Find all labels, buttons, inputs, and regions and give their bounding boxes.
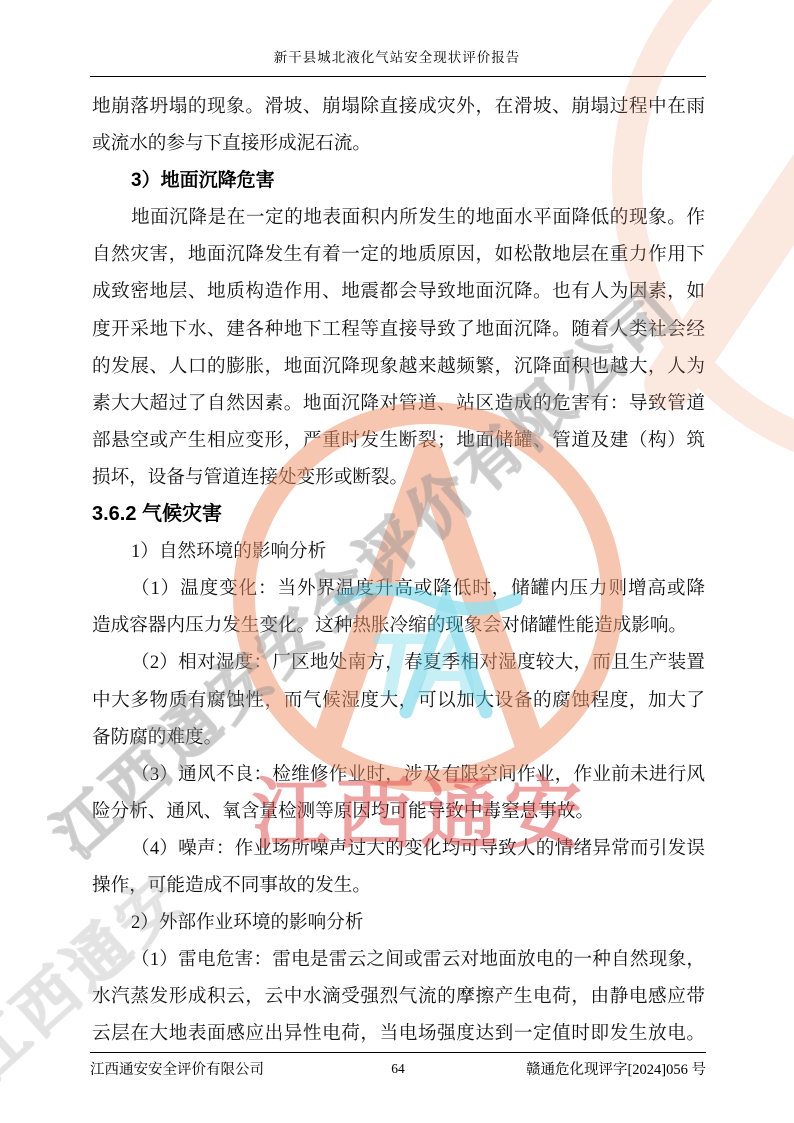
text-line: 2）外部作业环境的影响分析: [92, 904, 705, 941]
text-line: （4）噪声：作业场所噪声过大的变化均可导致人的情绪异常而引发误: [92, 830, 705, 867]
paragraph: （1）温度变化：当外界温度升高或降低时，储罐内压力则增高或降低，造成容器内压力发…: [92, 570, 705, 644]
footer-doc-number: 赣通危化现评字[2024]056 号: [428, 1058, 706, 1079]
text-line: 云层在大地表面感应出异性电荷，当电场强度达到一定值时即发生放电。放: [92, 1015, 705, 1052]
document-page: 新干县城北液化气站安全现状评价报告 地崩落坍塌的现象。滑坡、崩塌除直接成灾外，在…: [0, 0, 794, 1123]
paragraph: （4）噪声：作业场所噪声过大的变化均可导致人的情绪异常而引发误操作，可能造成不同…: [92, 830, 705, 904]
paragraph: （3）通风不良：检维修作业时，涉及有限空间作业，作业前未进行风险分析、通风、氧含…: [92, 756, 705, 830]
section-heading: 3.6.2 气候灾害: [92, 496, 705, 533]
text-line: 险分析、通风、氧含量检测等原因均可能导致中毒窒息事故。: [92, 793, 705, 830]
text-line: 度开采地下水、建各种地下工程等直接导致了地面沉降。随着人类社会经济: [92, 311, 705, 348]
paragraph: （1）雷电危害：雷电是雷云之间或雷云对地面放电的一种自然现象，水汽蒸发形成积云，…: [92, 941, 705, 1052]
paragraph: 1）自然环境的影响分析: [92, 533, 705, 570]
text-line: 的发展、人口的膨胀，地面沉降现象越来越频繁，沉降面积也越大，人为因: [92, 348, 705, 385]
text-line: （1）雷电危害：雷电是雷云之间或雷云对地面放电的一种自然现象，: [92, 941, 705, 978]
text-line: 素大大超过了自然因素。地面沉降对管道、站区造成的危害有：导致管道下: [92, 385, 705, 422]
text-line: 地面沉降是在一定的地表面积内所发生的地面水平面降低的现象。作为: [92, 199, 705, 236]
footer-page-number: 64: [368, 1061, 428, 1077]
paragraph: 地崩落坍塌的现象。滑坡、崩塌除直接成灾外，在滑坡、崩塌过程中在雨水或流水的参与下…: [92, 88, 705, 162]
footer: 江西通安安全评价有限公司 64 赣通危化现评字[2024]056 号: [90, 1058, 706, 1079]
header-title: 新干县城北液化气站安全现状评价报告: [0, 46, 794, 66]
text-line: 部悬空或产生相应变形，严重时发生断裂；地面储罐、管道及建（构）筑物: [92, 422, 705, 459]
text-line: 损坏，设备与管道连接处变形或断裂。: [92, 459, 705, 496]
paragraph: 地面沉降是在一定的地表面积内所发生的地面水平面降低的现象。作为自然灾害，地面沉降…: [92, 199, 705, 496]
text-line: 中大多物质有腐蚀性，而气候湿度大，可以加大设备的腐蚀程度，加大了设: [92, 682, 705, 719]
text-line: 备防腐的难度。: [92, 719, 705, 756]
text-line: （3）通风不良：检维修作业时，涉及有限空间作业，作业前未进行风: [92, 756, 705, 793]
text-line: （2）相对湿度：厂区地处南方，春夏季相对湿度较大，而且生产装置: [92, 644, 705, 681]
footer-company: 江西通安安全评价有限公司: [90, 1058, 368, 1079]
text-line: 造成容器内压力发生变化。这种热胀冷缩的现象会对储罐性能造成影响。: [92, 607, 705, 644]
text-line: 操作，可能造成不同事故的发生。: [92, 867, 705, 904]
document-body: 地崩落坍塌的现象。滑坡、崩塌除直接成灾外，在滑坡、崩塌过程中在雨水或流水的参与下…: [92, 88, 705, 1052]
text-line: 地崩落坍塌的现象。滑坡、崩塌除直接成灾外，在滑坡、崩塌过程中在雨水: [92, 88, 705, 125]
paragraph: （2）相对湿度：厂区地处南方，春夏季相对湿度较大，而且生产装置中大多物质有腐蚀性…: [92, 644, 705, 755]
header-rule: [90, 76, 706, 77]
text-line: 水汽蒸发形成积云，云中水滴受强烈气流的摩擦产生电荷，由静电感应带电: [92, 978, 705, 1015]
text-line: （1）温度变化：当外界温度升高或降低时，储罐内压力则增高或降低，: [92, 570, 705, 607]
text-line: 成致密地层、地质构造作用、地震都会导致地面沉降。也有人为因素，如过: [92, 273, 705, 310]
text-line: 自然灾害，地面沉降发生有着一定的地质原因，如松散地层在重力作用下变: [92, 236, 705, 273]
text-line: 1）自然环境的影响分析: [92, 533, 705, 570]
paragraph: 2）外部作业环境的影响分析: [92, 904, 705, 941]
text-line: 或流水的参与下直接形成泥石流。: [92, 125, 705, 162]
sub-section-heading: 3）地面沉降危害: [92, 162, 705, 199]
